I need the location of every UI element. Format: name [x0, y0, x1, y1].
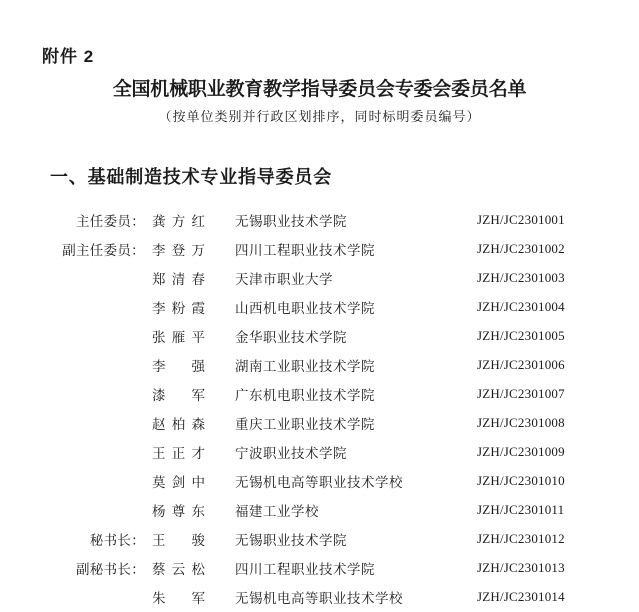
member-name: 赵柏森	[152, 413, 205, 433]
member-name: 杨尊东	[152, 500, 205, 520]
member-code: JZH/JC2301011	[477, 502, 564, 518]
table-row: 李粉霞 山西机电职业技术学院 JZH/JC2301004	[0, 292, 639, 321]
member-name: 王骏	[152, 529, 205, 549]
table-row: 秘书长： 王骏 无锡职业技术学院 JZH/JC2301012	[0, 524, 639, 553]
member-role: 秘书长：	[0, 529, 145, 549]
member-name: 李登万	[152, 239, 205, 259]
attachment-label: 附件 2	[42, 42, 94, 67]
document-title: 全国机械职业教育教学指导委员会专委会委员名单	[0, 74, 639, 101]
member-institution: 福建工业学校	[235, 500, 477, 520]
member-name: 龚方红	[152, 210, 205, 230]
member-institution: 无锡职业技术学院	[235, 210, 477, 230]
member-code: JZH/JC2301013	[477, 560, 565, 576]
member-code: JZH/JC2301007	[477, 386, 565, 402]
member-name: 李强	[152, 355, 205, 375]
table-row: 李强 湖南工业职业技术学院 JZH/JC2301006	[0, 350, 639, 379]
table-row: 莫剑中 无锡机电高等职业技术学校 JZH/JC2301010	[0, 466, 639, 495]
member-role: 主任委员：	[0, 210, 145, 230]
member-name: 莫剑中	[152, 471, 205, 491]
member-name: 蔡云松	[152, 558, 205, 578]
member-code: JZH/JC2301004	[477, 299, 565, 315]
member-code: JZH/JC2301009	[477, 444, 565, 460]
member-code: JZH/JC2301005	[477, 328, 565, 344]
member-institution: 广东机电职业技术学院	[235, 384, 477, 404]
member-role: 副秘书长：	[0, 558, 145, 578]
member-role: 副主任委员：	[0, 239, 145, 259]
table-row: 王正才 宁波职业技术学院 JZH/JC2301009	[0, 437, 639, 466]
member-institution: 四川工程职业技术学院	[235, 239, 477, 259]
document-page: { "colors": { "text": "#1a1a1a", "backgr…	[0, 0, 639, 612]
member-code: JZH/JC2301008	[477, 415, 565, 431]
member-institution: 无锡机电高等职业技术学校	[235, 471, 477, 491]
member-institution: 无锡职业技术学院	[235, 529, 477, 549]
member-code: JZH/JC2301003	[477, 270, 565, 286]
member-code: JZH/JC2301002	[477, 241, 565, 257]
member-institution: 金华职业技术学院	[235, 326, 477, 346]
member-institution: 湖南工业职业技术学院	[235, 355, 477, 375]
member-institution: 无锡机电高等职业技术学校	[235, 587, 477, 607]
table-row: 副主任委员： 李登万 四川工程职业技术学院 JZH/JC2301002	[0, 234, 639, 263]
member-code: JZH/JC2301010	[477, 473, 565, 489]
table-row: 张雁平 金华职业技术学院 JZH/JC2301005	[0, 321, 639, 350]
member-name: 王正才	[152, 442, 205, 462]
member-institution: 山西机电职业技术学院	[235, 297, 477, 317]
table-row: 杨尊东 福建工业学校 JZH/JC2301011	[0, 495, 639, 524]
member-name: 张雁平	[152, 326, 205, 346]
section-heading: 一、基础制造技术专业指导委员会	[50, 163, 332, 189]
table-row: 漆军 广东机电职业技术学院 JZH/JC2301007	[0, 379, 639, 408]
table-row: 朱军 无锡机电高等职业技术学校 JZH/JC2301014	[0, 582, 639, 611]
table-row: 赵柏森 重庆工业职业技术学院 JZH/JC2301008	[0, 408, 639, 437]
member-code: JZH/JC2301014	[477, 589, 565, 605]
document-subtitle: （按单位类别并行政区划排序，同时标明委员编号）	[0, 106, 639, 125]
member-name: 郑清春	[152, 268, 205, 288]
member-name: 李粉霞	[152, 297, 205, 317]
member-institution: 宁波职业技术学院	[235, 442, 477, 462]
member-code: JZH/JC2301012	[477, 531, 565, 547]
member-name: 漆军	[152, 384, 205, 404]
member-institution: 天津市职业大学	[235, 268, 477, 288]
members-table: 主任委员： 龚方红 无锡职业技术学院 JZH/JC2301001 副主任委员： …	[0, 205, 639, 611]
table-row: 主任委员： 龚方红 无锡职业技术学院 JZH/JC2301001	[0, 205, 639, 234]
member-code: JZH/JC2301006	[477, 357, 565, 373]
table-row: 郑清春 天津市职业大学 JZH/JC2301003	[0, 263, 639, 292]
table-row: 副秘书长： 蔡云松 四川工程职业技术学院 JZH/JC2301013	[0, 553, 639, 582]
member-name: 朱军	[152, 587, 205, 607]
member-code: JZH/JC2301001	[477, 212, 565, 228]
member-institution: 四川工程职业技术学院	[235, 558, 477, 578]
member-institution: 重庆工业职业技术学院	[235, 413, 477, 433]
